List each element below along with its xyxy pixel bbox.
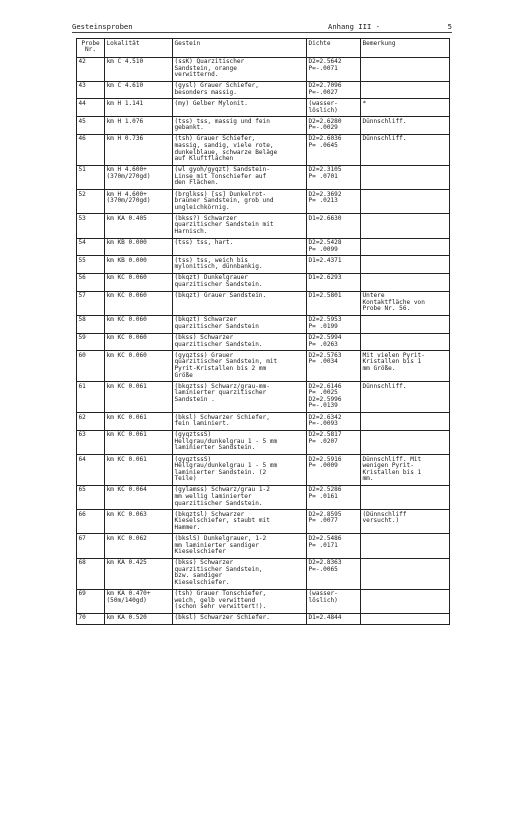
cell-gestein: (wl gyoh/gyqzt) Sandstein- Linse mit Ton… (173, 165, 307, 189)
cell-lokalitaet: km H 1.076 (105, 117, 173, 135)
cell-gestein: (tsh) Grauer Tonschiefer, weich, gelb ve… (173, 589, 307, 613)
cell-probe-nr: 67 (77, 534, 105, 558)
cell-gestein: (gylamss) Schwarz/grau 1-2 mm wellig lam… (173, 485, 307, 509)
cell-gestein: (bkqztss) Schwarz/grau-mm- laminierter q… (173, 382, 307, 413)
cell-probe-nr: 70 (77, 613, 105, 624)
table-row: 66km KC 0.063(bkqztsl) Schwarzer Kiesels… (77, 510, 450, 534)
cell-lokalitaet: km KC 0.061 (105, 430, 173, 454)
page-number: 5 (448, 22, 452, 31)
cell-dichte: D2=2.5286 P= .0161 (307, 485, 361, 509)
cell-dichte: D2=2.5994 P= .0263 (307, 333, 361, 351)
cell-gestein: (bkss?) Schwarzer quarzitischer Sandstei… (173, 214, 307, 238)
table-row: 70km KA 0.520(bksl) Schwarzer Schiefer.D… (77, 613, 450, 624)
table-row: 46km H 0.736(tsh) Grauer Schiefer, massi… (77, 134, 450, 165)
cell-lokalitaet: km KC 0.060 (105, 315, 173, 333)
cell-dichte: D2=2.5953 P= .0199 (307, 315, 361, 333)
cell-dichte: D1=2.4844 (307, 613, 361, 624)
cell-bemerkung (361, 57, 450, 81)
table-row: 55km KB 0.000(tss) tss, weich bis myloni… (77, 256, 450, 274)
cell-bemerkung (361, 165, 450, 189)
cell-gestein: (bkss) Schwarzer quarzitischer Sandstein… (173, 558, 307, 589)
cell-bemerkung (361, 430, 450, 454)
cell-dichte: D2=2.6036 P= .0645 (307, 134, 361, 165)
column-header-probe: Probe Nr. (77, 39, 105, 58)
cell-lokalitaet: km KC 0.061 (105, 382, 173, 413)
cell-dichte: D2=2.8363 P=-.0065 (307, 558, 361, 589)
table-row: 44km H 1.141(my) Gelber Mylonit.(wasser-… (77, 99, 450, 117)
cell-lokalitaet: km KC 0.060 (105, 351, 173, 382)
cell-gestein: (brglkss) [ss] Dunkelrot- brauner Sandst… (173, 190, 307, 214)
cell-probe-nr: 45 (77, 117, 105, 135)
cell-dichte: D2=2.6280 P=-.0029 (307, 117, 361, 135)
table-row: 63km KC 0.061(gyqztssS) Hellgrau/dunkelg… (77, 430, 450, 454)
cell-dichte: D1=2.6630 (307, 214, 361, 238)
cell-lokalitaet: km KC 0.063 (105, 510, 173, 534)
cell-lokalitaet: km KC 0.061 (105, 413, 173, 431)
cell-gestein: (bksl) Schwarzer Schiefer, fein laminier… (173, 413, 307, 431)
table-row: 65km KC 0.064(gylamss) Schwarz/grau 1-2 … (77, 485, 450, 509)
table-row: 64km KC 0.061(gyqztssS) Hellgrau/dunkelg… (77, 455, 450, 486)
cell-lokalitaet: km KC 0.060 (105, 291, 173, 315)
cell-probe-nr: 52 (77, 190, 105, 214)
cell-dichte: D2=2.5642 P=-.0071 (307, 57, 361, 81)
cell-dichte: D2=2.5763 P= .0034 (307, 351, 361, 382)
cell-probe-nr: 57 (77, 291, 105, 315)
column-header-lokalitaet: Lokalität (105, 39, 173, 58)
table-body: 42km C 4.510(ssK) Quarzitischer Sandstei… (77, 57, 450, 624)
table-row: 58km KC 0.060(bkqzt) Schwarzer quarzitis… (77, 315, 450, 333)
appendix-label: Anhang III - (328, 22, 380, 31)
cell-dichte: D1=2.5801 (307, 291, 361, 315)
cell-dichte: D2=2.5428 P= .0099 (307, 238, 361, 256)
cell-bemerkung: * (361, 99, 450, 117)
cell-gestein: (bkss) Schwarzer quarzitischer Sandstein… (173, 333, 307, 351)
cell-probe-nr: 43 (77, 81, 105, 99)
cell-bemerkung (361, 613, 450, 624)
cell-dichte: D2=2.5486 P= .0171 (307, 534, 361, 558)
cell-dichte: D2=2.5817 P= .0207 (307, 430, 361, 454)
cell-bemerkung: Dünnschliff. (361, 117, 450, 135)
cell-probe-nr: 44 (77, 99, 105, 117)
table-row: 67km KC 0.062(bkslS) Dunkelgrauer, 1-2 m… (77, 534, 450, 558)
cell-gestein: (bksl) Schwarzer Schiefer. (173, 613, 307, 624)
column-header-dichte: Dichte (307, 39, 361, 58)
cell-lokalitaet: km KA 0.405 (105, 214, 173, 238)
table-row: 69km KA 0.470+ (50m/140gd)(tsh) Grauer T… (77, 589, 450, 613)
cell-lokalitaet: km KA 0.425 (105, 558, 173, 589)
cell-lokalitaet: km H 4.600+ (370m/270gd) (105, 190, 173, 214)
cell-bemerkung (361, 558, 450, 589)
cell-dichte: D2=2.7096 P=-.0027 (307, 81, 361, 99)
cell-probe-nr: 60 (77, 351, 105, 382)
table-row: 52km H 4.600+ (370m/270gd)(brglkss) [ss]… (77, 190, 450, 214)
table-row: 62km KC 0.061(bksl) Schwarzer Schiefer, … (77, 413, 450, 431)
cell-dichte: (wasser- löslich) (307, 99, 361, 117)
table-row: 42km C 4.510(ssK) Quarzitischer Sandstei… (77, 57, 450, 81)
cell-dichte: D2=2.6342 P=-.0093 (307, 413, 361, 431)
table-row: 54km KB 0.000(tss) tss, hart.D2=2.5428 P… (77, 238, 450, 256)
table-row: 51km H 4.600+ (370m/270gd)(wl gyoh/gyqzt… (77, 165, 450, 189)
cell-bemerkung (361, 589, 450, 613)
table-row: 43km C 4.610(gysl) Grauer Schiefer, beso… (77, 81, 450, 99)
cell-bemerkung (361, 485, 450, 509)
document-title: Gesteinsproben (72, 22, 133, 31)
table-row: 61km KC 0.061(bkqztss) Schwarz/grau-mm- … (77, 382, 450, 413)
table-row: 59km KC 0.060(bkss) Schwarzer quarzitisc… (77, 333, 450, 351)
cell-gestein: (bkqzt) Dunkelgrauer quarzitischer Sands… (173, 273, 307, 291)
cell-gestein: (ssK) Quarzitischer Sandstein, orange ve… (173, 57, 307, 81)
rock-samples-table: Probe Nr. Lokalität Gestein Dichte Bemer… (76, 38, 450, 625)
cell-probe-nr: 64 (77, 455, 105, 486)
cell-bemerkung: Dünnschliff. (361, 382, 450, 413)
cell-probe-nr: 65 (77, 485, 105, 509)
cell-probe-nr: 46 (77, 134, 105, 165)
cell-bemerkung (361, 413, 450, 431)
cell-bemerkung: Dünnschliff. (361, 134, 450, 165)
cell-lokalitaet: km C 4.510 (105, 57, 173, 81)
cell-lokalitaet: km KC 0.060 (105, 273, 173, 291)
cell-gestein: (bkqzt) Grauer Sandstein. (173, 291, 307, 315)
cell-probe-nr: 59 (77, 333, 105, 351)
cell-probe-nr: 66 (77, 510, 105, 534)
cell-dichte: D1=2.6293 (307, 273, 361, 291)
table-row: 45km H 1.076(tss) tss, massig und fein g… (77, 117, 450, 135)
cell-probe-nr: 55 (77, 256, 105, 274)
cell-bemerkung (361, 534, 450, 558)
cell-lokalitaet: km KA 0.470+ (50m/140gd) (105, 589, 173, 613)
cell-gestein: (bkqzt) Schwarzer quarzitischer Sandstei… (173, 315, 307, 333)
table-row: 57km KC 0.060(bkqzt) Grauer Sandstein.D1… (77, 291, 450, 315)
cell-lokalitaet: km KB 0.000 (105, 238, 173, 256)
cell-bemerkung (361, 273, 450, 291)
cell-gestein: (gyqztss) Grauer quarzitischer Sandstein… (173, 351, 307, 382)
table-header-row: Probe Nr. Lokalität Gestein Dichte Bemer… (77, 39, 450, 58)
cell-probe-nr: 61 (77, 382, 105, 413)
cell-gestein: (tss) tss, weich bis mylonitisch, dünnba… (173, 256, 307, 274)
cell-lokalitaet: km C 4.610 (105, 81, 173, 99)
cell-probe-nr: 56 (77, 273, 105, 291)
cell-lokalitaet: km KC 0.064 (105, 485, 173, 509)
cell-dichte: D1=2.4371 (307, 256, 361, 274)
cell-lokalitaet: km H 4.600+ (370m/270gd) (105, 165, 173, 189)
cell-bemerkung (361, 238, 450, 256)
cell-probe-nr: 63 (77, 430, 105, 454)
cell-probe-nr: 69 (77, 589, 105, 613)
cell-gestein: (bkslS) Dunkelgrauer, 1-2 mm laminierter… (173, 534, 307, 558)
cell-dichte: D2=2.6146 P= .0025 D2=2.5996 P=-.0139 (307, 382, 361, 413)
cell-gestein: (gyqztssS) Hellgrau/dunkelgrau 1 - 5 mm … (173, 430, 307, 454)
cell-bemerkung (361, 256, 450, 274)
cell-dichte: D2=2.5916 P= .0009 (307, 455, 361, 486)
table-row: 60km KC 0.060(gyqztss) Grauer quarzitisc… (77, 351, 450, 382)
cell-lokalitaet: km KC 0.062 (105, 534, 173, 558)
cell-probe-nr: 68 (77, 558, 105, 589)
cell-probe-nr: 51 (77, 165, 105, 189)
cell-gestein: (gyqztssS) Hellgrau/dunkelgrau 1 - 5 mm … (173, 455, 307, 486)
cell-bemerkung: Untere Kontaktfläche von Probe Nr. 56. (361, 291, 450, 315)
cell-gestein: (my) Gelber Mylonit. (173, 99, 307, 117)
cell-lokalitaet: km KB 0.000 (105, 256, 173, 274)
cell-gestein: (bkqztsl) Schwarzer Kieselschiefer, stau… (173, 510, 307, 534)
cell-lokalitaet: km KC 0.061 (105, 455, 173, 486)
cell-gestein: (tsh) Grauer Schiefer, massig, sandig, v… (173, 134, 307, 165)
cell-probe-nr: 54 (77, 238, 105, 256)
cell-bemerkung: Dünnschliff. Mit wenigen Pyrit- Kristall… (361, 455, 450, 486)
cell-lokalitaet: km H 1.141 (105, 99, 173, 117)
cell-gestein: (tss) tss, massig und fein gebankt. (173, 117, 307, 135)
cell-lokalitaet: km H 0.736 (105, 134, 173, 165)
cell-bemerkung (361, 81, 450, 99)
cell-lokalitaet: km KC 0.060 (105, 333, 173, 351)
cell-bemerkung (361, 190, 450, 214)
cell-bemerkung (361, 315, 450, 333)
column-header-bemerkung: Bemerkung (361, 39, 450, 58)
cell-probe-nr: 62 (77, 413, 105, 431)
cell-lokalitaet: km KA 0.520 (105, 613, 173, 624)
cell-dichte: D2=2.3105 P= .0701 (307, 165, 361, 189)
cell-bemerkung: Mit vielen Pyrit- Kristallen bis 1 mm Gr… (361, 351, 450, 382)
column-header-gestein: Gestein (173, 39, 307, 58)
cell-bemerkung: (Dünnschliff versucht.) (361, 510, 450, 534)
cell-bemerkung (361, 333, 450, 351)
cell-bemerkung (361, 214, 450, 238)
cell-gestein: (gysl) Grauer Schiefer, besonders massig… (173, 81, 307, 99)
cell-probe-nr: 53 (77, 214, 105, 238)
cell-gestein: (tss) tss, hart. (173, 238, 307, 256)
table-row: 53km KA 0.405(bkss?) Schwarzer quarzitis… (77, 214, 450, 238)
cell-dichte: (wasser- löslich) (307, 589, 361, 613)
cell-probe-nr: 58 (77, 315, 105, 333)
cell-dichte: D2=2.8595 P= .0077 (307, 510, 361, 534)
table-row: 56km KC 0.060(bkqzt) Dunkelgrauer quarzi… (77, 273, 450, 291)
page-header: Gesteinsproben Anhang III - 5 (72, 20, 452, 33)
cell-probe-nr: 42 (77, 57, 105, 81)
cell-dichte: D2=2.3692 P= .0213 (307, 190, 361, 214)
table-row: 68km KA 0.425(bkss) Schwarzer quarzitisc… (77, 558, 450, 589)
